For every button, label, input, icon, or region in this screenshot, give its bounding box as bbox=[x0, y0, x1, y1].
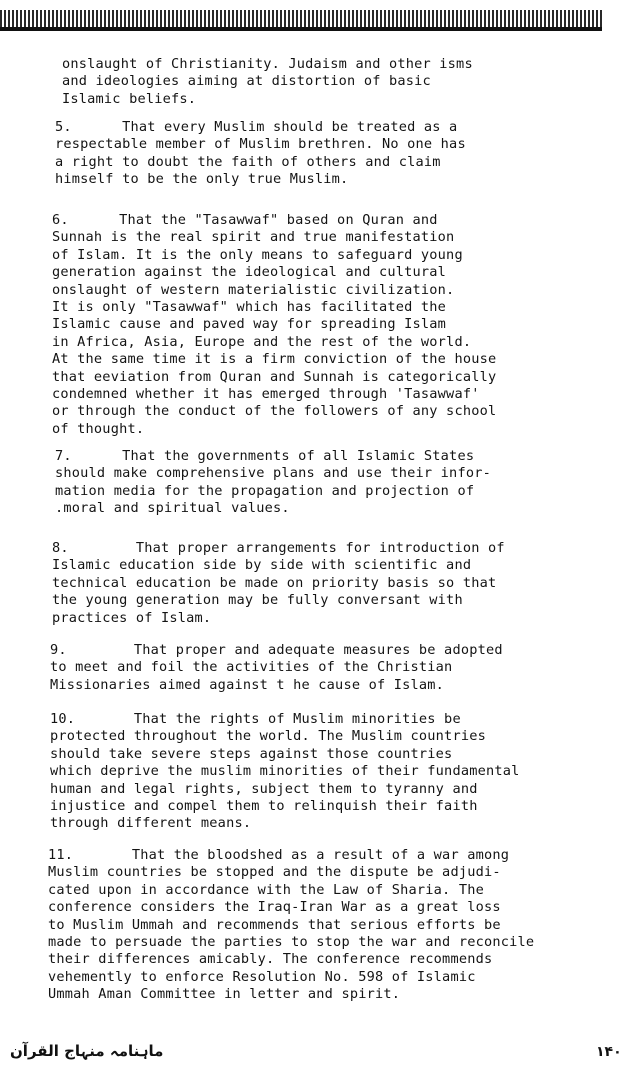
resolution-item-5: 5. That every Muslim should be treated a… bbox=[55, 119, 466, 189]
text-line: protected throughout the world. The Musl… bbox=[50, 728, 520, 745]
text-line: injustice and compel them to relinquish … bbox=[50, 798, 520, 815]
text-line: should take severe steps against those c… bbox=[50, 746, 520, 763]
text-line: or through the conduct of the followers … bbox=[52, 403, 496, 420]
text-line: through different means. bbox=[50, 815, 520, 832]
text-line: 8. That proper arrangements for introduc… bbox=[52, 540, 505, 557]
text-line: Missionaries aimed against t he cause of… bbox=[50, 677, 503, 694]
page-number: ۱۴۰ bbox=[596, 1044, 622, 1060]
text-line: condemned whether it has emerged through… bbox=[52, 386, 496, 403]
resolution-item-11: 11. That the bloodshed as a result of a … bbox=[48, 847, 534, 1004]
text-line: the young generation may be fully conver… bbox=[52, 592, 505, 609]
text-line: Islamic beliefs. bbox=[62, 91, 473, 108]
text-line: and ideologies aiming at distortion of b… bbox=[62, 73, 473, 90]
text-line: generation against the ideological and c… bbox=[52, 264, 496, 281]
text-line: .moral and spiritual values. bbox=[55, 500, 491, 517]
text-line: of thought. bbox=[52, 421, 496, 438]
text-line: 6. That the "Tasawwaf" based on Quran an… bbox=[52, 212, 496, 229]
text-line: that eeviation from Quran and Sunnah is … bbox=[52, 369, 496, 386]
decorative-top-border bbox=[0, 8, 602, 32]
text-line: himself to be the only true Muslim. bbox=[55, 171, 466, 188]
text-line: onslaught of Christianity. Judaism and o… bbox=[62, 56, 473, 73]
text-line: onslaught of western materialistic civil… bbox=[52, 282, 496, 299]
text-line: 5. That every Muslim should be treated a… bbox=[55, 119, 466, 136]
text-line: 10. That the rights of Muslim minorities… bbox=[50, 711, 520, 728]
publication-logo: ماہنامہ منہاج القرآن bbox=[10, 1042, 163, 1060]
text-line: Islamic education side by side with scie… bbox=[52, 557, 505, 574]
text-line: At the same time it is a firm conviction… bbox=[52, 351, 496, 368]
text-line: of Islam. It is the only means to safegu… bbox=[52, 247, 496, 264]
text-line: cated upon in accordance with the Law of… bbox=[48, 882, 534, 899]
resolution-item-7: 7. That the governments of all Islamic S… bbox=[55, 448, 491, 518]
text-line: 7. That the governments of all Islamic S… bbox=[55, 448, 491, 465]
text-line: should make comprehensive plans and use … bbox=[55, 465, 491, 482]
text-line: to meet and foil the activities of the C… bbox=[50, 659, 503, 676]
text-line: technical education be made on priority … bbox=[52, 575, 505, 592]
resolution-item-9: 9. That proper and adequate measures be … bbox=[50, 642, 503, 694]
text-line: Islamic cause and paved way for spreadin… bbox=[52, 316, 496, 333]
text-line: Ummah Aman Committee in letter and spiri… bbox=[48, 986, 534, 1003]
text-line: made to persuade the parties to stop the… bbox=[48, 934, 534, 951]
resolution-item-8: 8. That proper arrangements for introduc… bbox=[52, 540, 505, 627]
text-line: a right to doubt the faith of others and… bbox=[55, 154, 466, 171]
text-line: Muslim countries be stopped and the disp… bbox=[48, 864, 534, 881]
text-line: Sunnah is the real spirit and true manif… bbox=[52, 229, 496, 246]
text-line: practices of Islam. bbox=[52, 610, 505, 627]
intro-paragraph: onslaught of Christianity. Judaism and o… bbox=[62, 56, 473, 108]
text-line: respectable member of Muslim brethren. N… bbox=[55, 136, 466, 153]
text-line: mation media for the propagation and pro… bbox=[55, 483, 491, 500]
text-line: which deprive the muslim minorities of t… bbox=[50, 763, 520, 780]
text-line: human and legal rights, subject them to … bbox=[50, 781, 520, 798]
text-line: 9. That proper and adequate measures be … bbox=[50, 642, 503, 659]
border-comb-pattern bbox=[0, 10, 602, 28]
text-line: their differences amicably. The conferen… bbox=[48, 951, 534, 968]
text-line: in Africa, Asia, Europe and the rest of … bbox=[52, 334, 496, 351]
resolution-item-6: 6. That the "Tasawwaf" based on Quran an… bbox=[52, 212, 496, 438]
text-line: vehemently to enforce Resolution No. 598… bbox=[48, 969, 534, 986]
resolution-item-10: 10. That the rights of Muslim minorities… bbox=[50, 711, 520, 833]
text-line: It is only "Tasawwaf" which has facilita… bbox=[52, 299, 496, 316]
text-line: 11. That the bloodshed as a result of a … bbox=[48, 847, 534, 864]
text-line: to Muslim Ummah and recommends that seri… bbox=[48, 917, 534, 934]
border-rule bbox=[0, 27, 602, 31]
text-line: conference considers the Iraq-Iran War a… bbox=[48, 899, 534, 916]
